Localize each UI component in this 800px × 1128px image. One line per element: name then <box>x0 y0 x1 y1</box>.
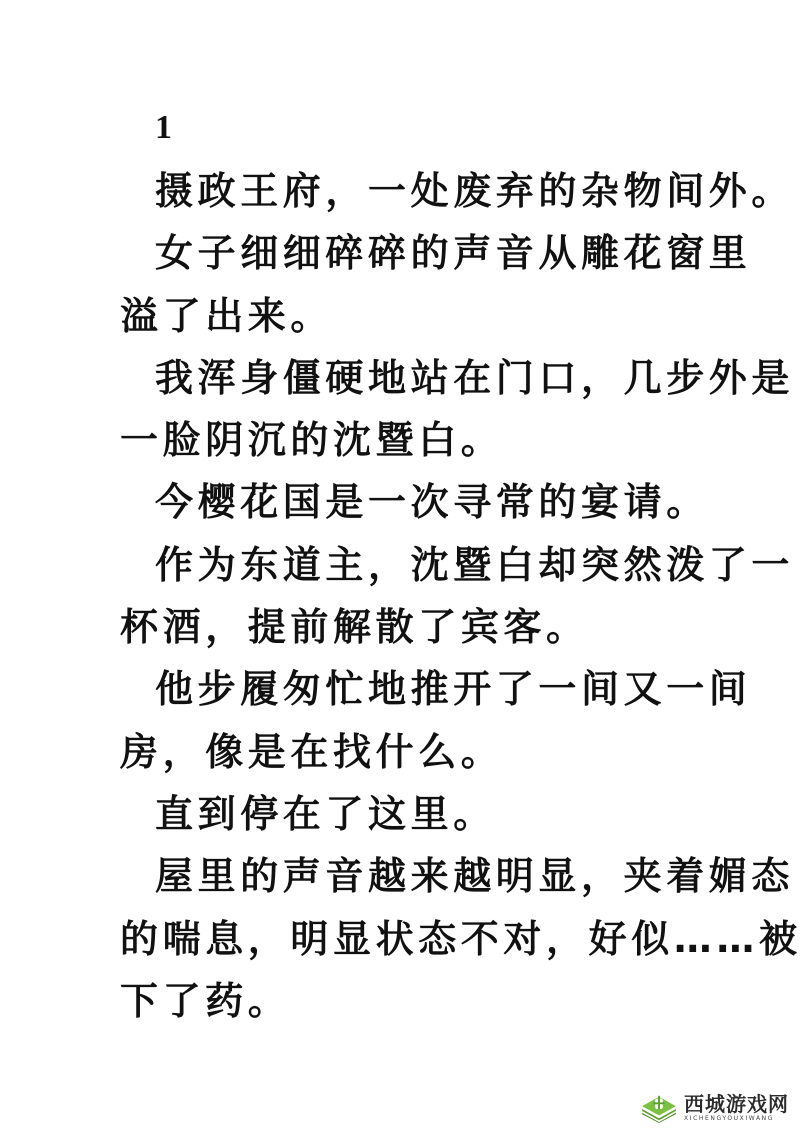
document-page: 1 摄政王府，一处废弃的杂物间外。 女子细细碎碎的声音从雕花窗里 溢了出来。 我… <box>0 0 800 1128</box>
text-line: 我浑身僵硬地站在门口，几步外是 <box>120 347 690 409</box>
text-line: 他步履匆忙地推开了一间又一间 <box>120 658 690 720</box>
chapter-number: 1 <box>155 108 172 148</box>
text-line: 摄政王府，一处废弃的杂物间外。 <box>120 160 690 222</box>
watermark: 西城游戏网 XICHENGYOUXIWANG <box>640 1088 800 1128</box>
text-line: 房，像是在找什么。 <box>120 721 690 783</box>
text-line: 直到停在了这里。 <box>120 783 690 845</box>
text-line: 今樱花国是一次寻常的宴请。 <box>120 471 690 533</box>
watermark-subtitle: XICHENGYOUXIWANG <box>684 1115 789 1123</box>
text-line: 屋里的声音越来越明显，夹着媚态 <box>120 845 690 907</box>
green-layered-diamond-logo-icon <box>640 1093 678 1123</box>
text-line: 一脸阴沉的沈暨白。 <box>120 409 690 471</box>
watermark-title: 西城游戏网 <box>684 1093 789 1115</box>
body-text: 摄政王府，一处废弃的杂物间外。 女子细细碎碎的声音从雕花窗里 溢了出来。 我浑身… <box>120 160 690 1032</box>
text-line: 女子细细碎碎的声音从雕花窗里 <box>120 222 690 284</box>
text-line: 的喘息，明显状态不对，好似……被 <box>120 908 690 970</box>
text-line: 下了药。 <box>120 970 690 1032</box>
watermark-text: 西城游戏网 XICHENGYOUXIWANG <box>684 1093 789 1123</box>
text-line: 作为东道主，沈暨白却突然泼了一 <box>120 534 690 596</box>
text-line: 溢了出来。 <box>120 285 690 347</box>
text-line: 杯酒，提前解散了宾客。 <box>120 596 690 658</box>
